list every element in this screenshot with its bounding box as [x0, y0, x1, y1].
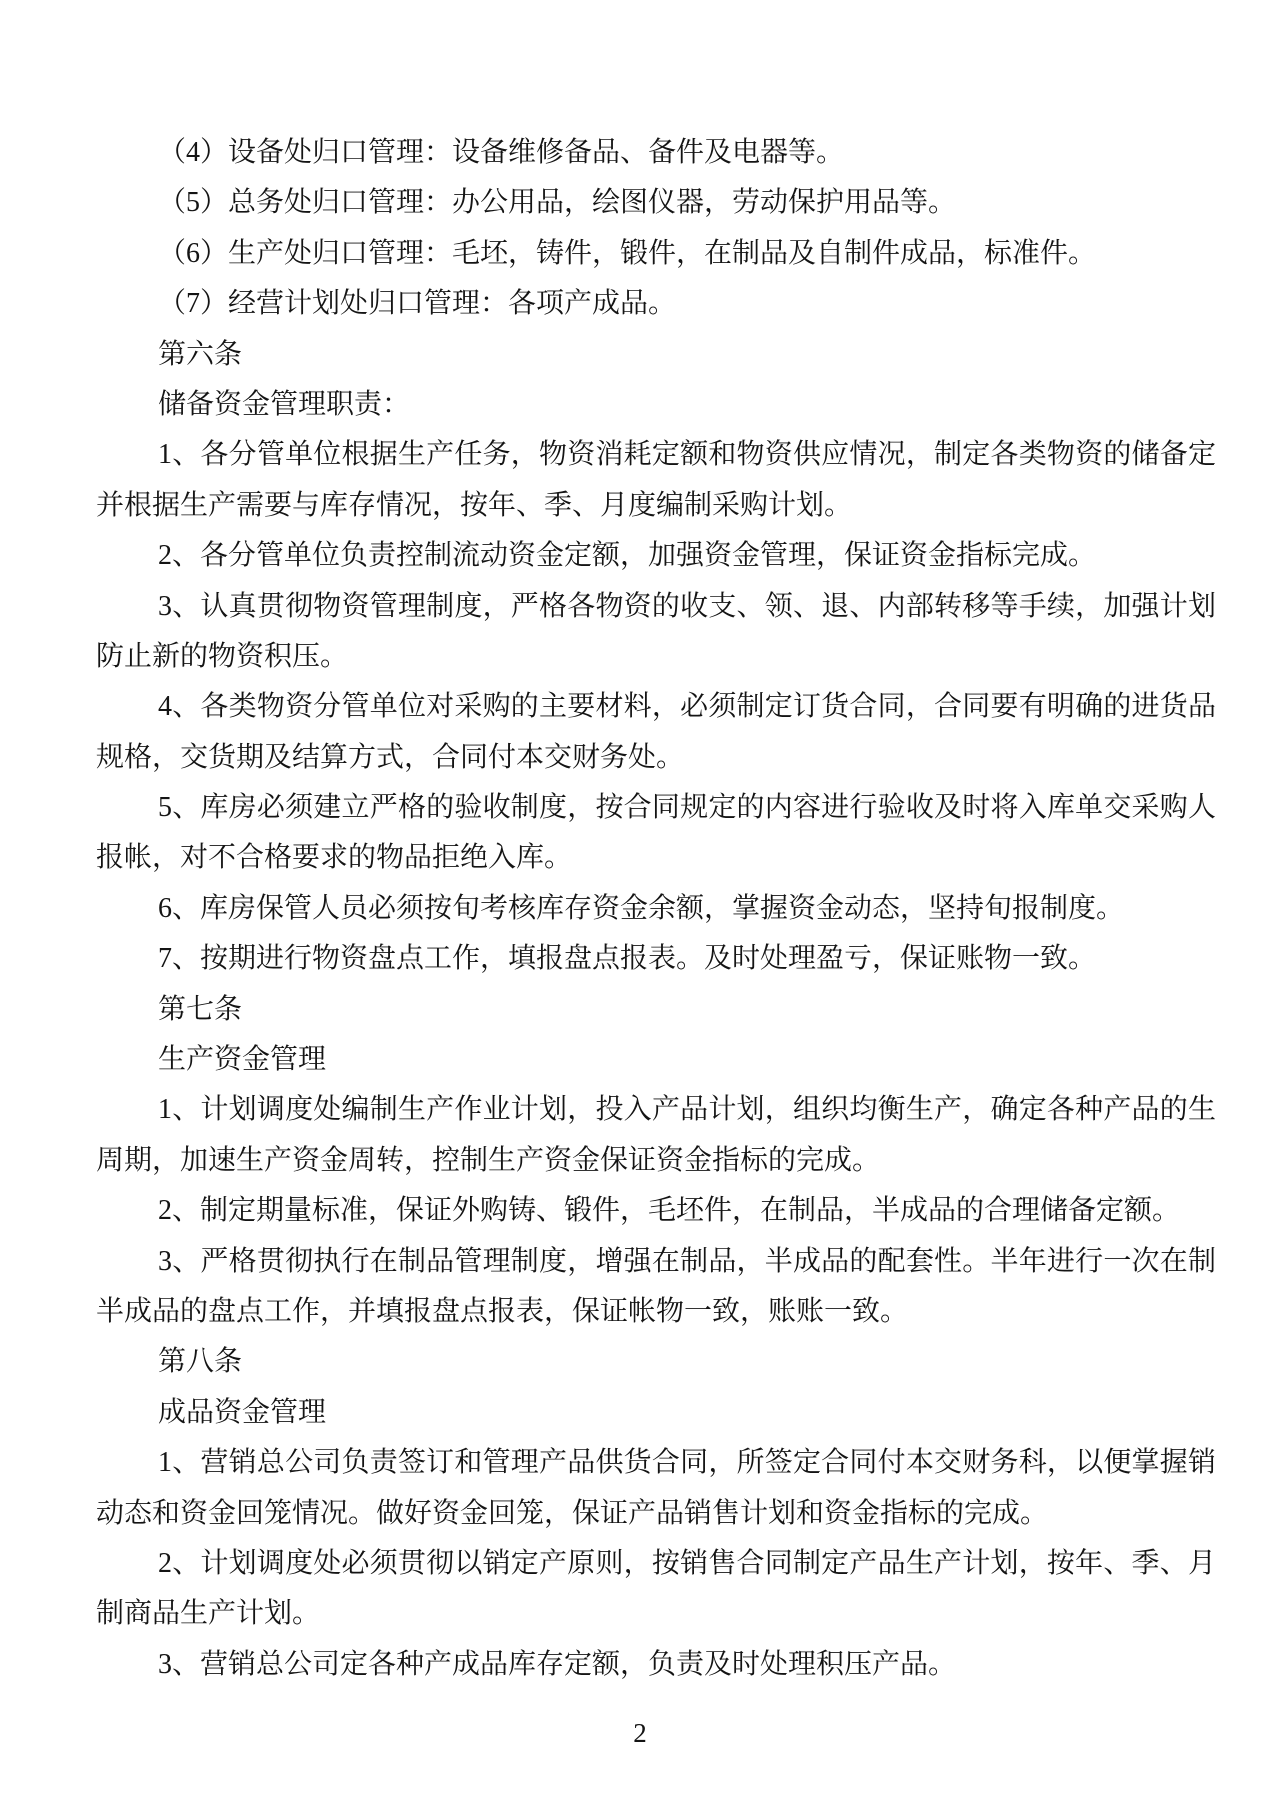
text-line: 2、制定期量标准，保证外购铸、锻件，毛坯件，在制品，半成品的合理储备定额。 [96, 1186, 1216, 1236]
text-line: 动态和资金回笼情况。做好资金回笼，保证产品销售计划和资金指标的完成。 [96, 1489, 1216, 1539]
text-line: 3、营销总公司定各种产成品库存定额，负责及时处理积压产品。 [96, 1640, 1216, 1690]
text-line: 制商品生产计划。 [96, 1589, 1216, 1639]
text-line: 1、计划调度处编制生产作业计划，投入产品计划，组织均衡生产，确定各种产品的生产 [96, 1085, 1216, 1135]
text-line: 6、库房保管人员必须按旬考核库存资金余额，掌握资金动态，坚持旬报制度。 [96, 884, 1216, 934]
text-line: 2、各分管单位负责控制流动资金定额，加强资金管理，保证资金指标完成。 [96, 531, 1216, 581]
text-line: 第七条 [96, 985, 1216, 1035]
text-line: （4）设备处归口管理：设备维修备品、备件及电器等。 [96, 128, 1216, 178]
text-line: 规格，交货期及结算方式，合同付本交财务处。 [96, 733, 1216, 783]
text-line: （7）经营计划处归口管理：各项产成品。 [96, 279, 1216, 329]
text-line: 3、认真贯彻物资管理制度，严格各物资的收支、领、退、内部转移等手续，加强计划性， [96, 582, 1216, 632]
text-line: 1、营销总公司负责签订和管理产品供货合同，所签定合同付本交财务科，以便掌握销售 [96, 1438, 1216, 1488]
text-line: 4、各类物资分管单位对采购的主要材料，必须制定订货合同，合同要有明确的进货品种， [96, 682, 1216, 732]
text-line: 防止新的物资积压。 [96, 632, 1216, 682]
text-line: 并根据生产需要与库存情况，按年、季、月度编制采购计划。 [96, 481, 1216, 531]
text-line: 储备资金管理职责： [96, 380, 1216, 430]
text-line: 第八条 [96, 1337, 1216, 1387]
text-line: 周期，加速生产资金周转，控制生产资金保证资金指标的完成。 [96, 1136, 1216, 1186]
page-number: 2 [0, 1716, 1280, 1750]
text-line: 第六条 [96, 330, 1216, 380]
text-line: 报帐，对不合格要求的物品拒绝入库。 [96, 833, 1216, 883]
text-line: （6）生产处归口管理：毛坯，铸件，锻件，在制品及自制件成品，标准件。 [96, 229, 1216, 279]
text-line: 2、计划调度处必须贯彻以销定产原则，按销售合同制定产品生产计划，按年、季、月编 [96, 1539, 1216, 1589]
text-line: 成品资金管理 [96, 1388, 1216, 1438]
text-line: 1、各分管单位根据生产任务，物资消耗定额和物资供应情况，制定各类物资的储备定额， [96, 430, 1216, 480]
text-line: 半成品的盘点工作，并填报盘点报表，保证帐物一致，账账一致。 [96, 1287, 1216, 1337]
document-body: （4）设备处归口管理：设备维修备品、备件及电器等。（5）总务处归口管理：办公用品… [96, 128, 1216, 1690]
text-line: 3、严格贯彻执行在制品管理制度，增强在制品，半成品的配套性。半年进行一次在制品、 [96, 1237, 1216, 1287]
text-line: 7、按期进行物资盘点工作，填报盘点报表。及时处理盈亏，保证账物一致。 [96, 934, 1216, 984]
text-line: （5）总务处归口管理：办公用品，绘图仪器，劳动保护用品等。 [96, 178, 1216, 228]
document-page: （4）设备处归口管理：设备维修备品、备件及电器等。（5）总务处归口管理：办公用品… [0, 0, 1280, 1811]
text-line: 5、库房必须建立严格的验收制度，按合同规定的内容进行验收及时将入库单交采购人员 [96, 783, 1216, 833]
text-line: 生产资金管理 [96, 1035, 1216, 1085]
